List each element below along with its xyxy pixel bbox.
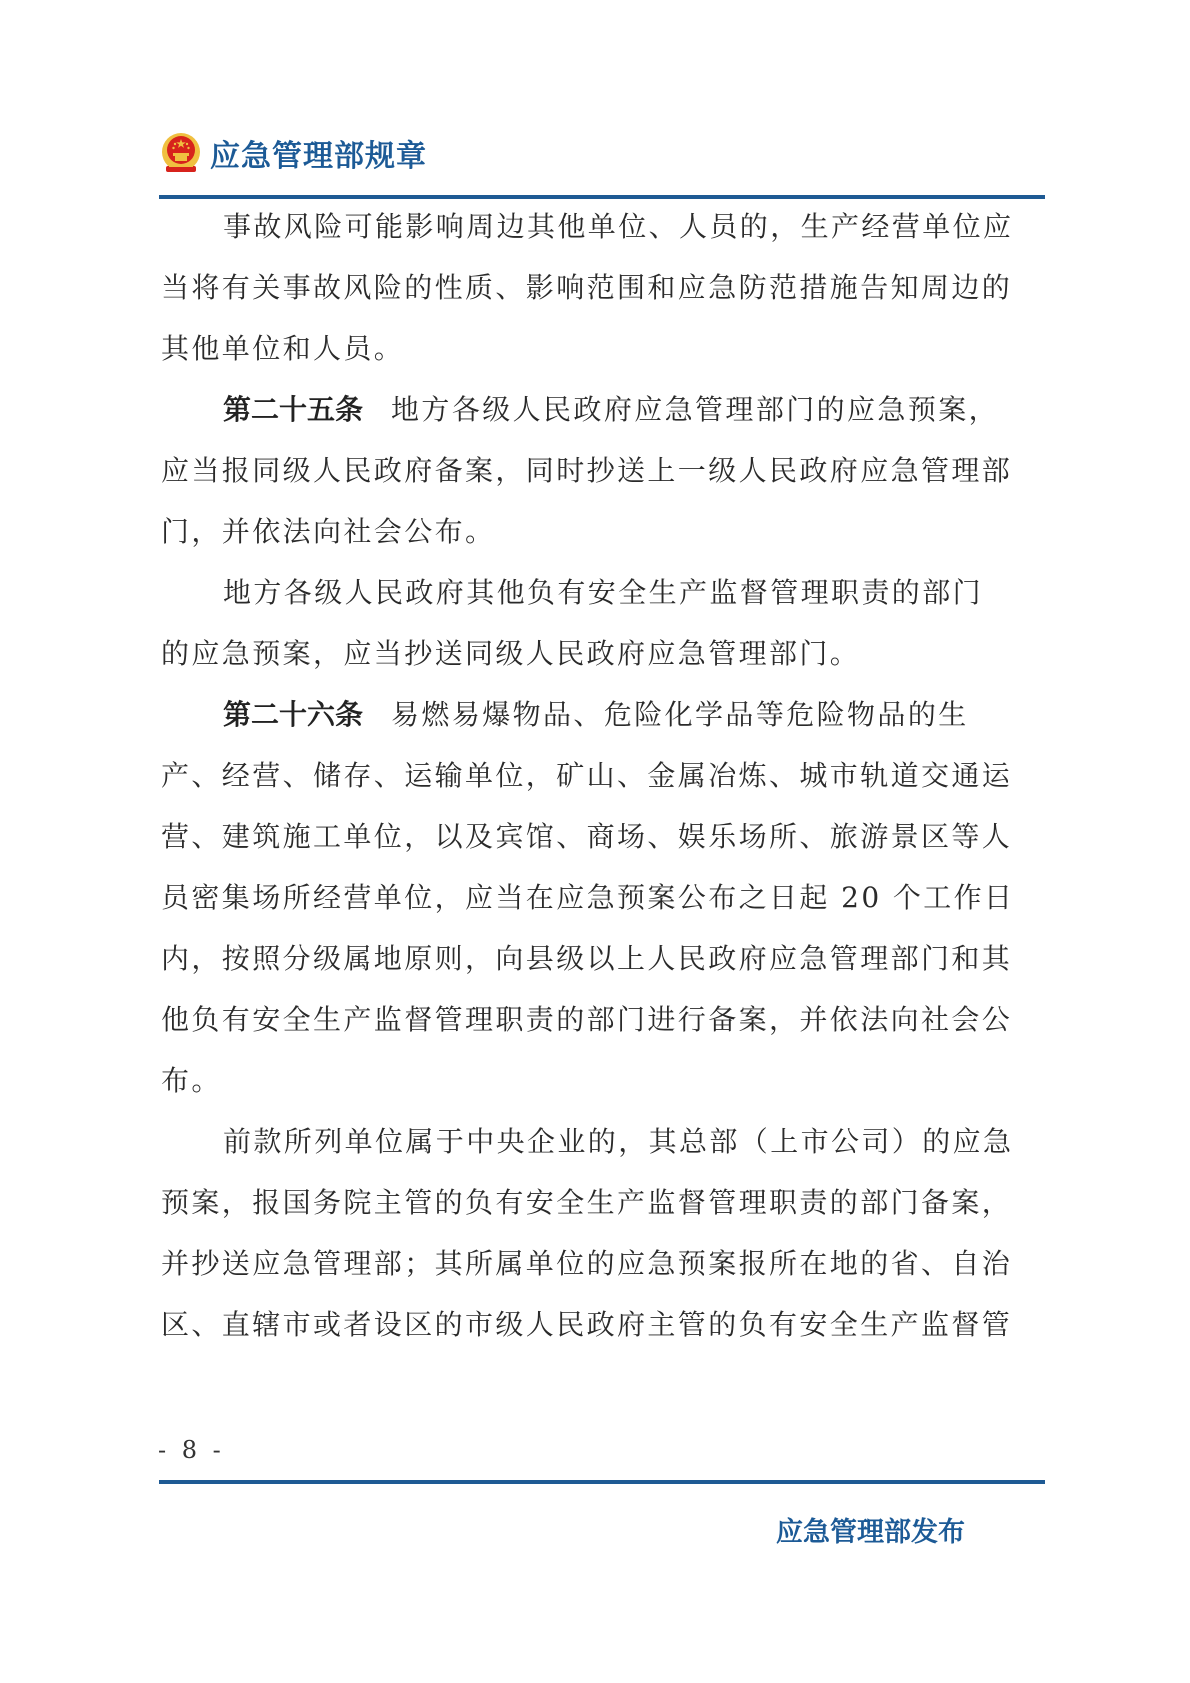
line-text: 产、经营、储存、运输单位，矿山、金属冶炼、城市轨道交通运: [161, 759, 1012, 792]
line-text: 的应急预案，应当抄送同级人民政府应急管理部门。: [161, 637, 860, 670]
text-line: 预案，报国务院主管的负有安全生产监督管理职责的部门备案，: [161, 1178, 1045, 1239]
line-text: 其他单位和人员。: [161, 332, 404, 365]
text-line: 门，并依法向社会公布。: [161, 507, 1045, 568]
line-text: 区、直辖市或者设区的市级人民政府主管的负有安全生产监督管: [161, 1308, 1012, 1341]
text-line: 第二十五条地方各级人民政府应急管理部门的应急预案，: [161, 385, 1045, 446]
line-text: 预案，报国务院主管的负有安全生产监督管理职责的部门备案，: [161, 1186, 1012, 1219]
text-line: 员密集场所经营单位，应当在应急预案公布之日起 20 个工作日: [161, 873, 1045, 934]
page-number: - 8 -: [158, 1436, 225, 1464]
text-line: 地方各级人民政府其他负有安全生产监督管理职责的部门: [161, 568, 1045, 629]
line-text: 布。: [161, 1064, 222, 1097]
national-emblem-icon: [160, 131, 202, 175]
text-line: 区、直辖市或者设区的市级人民政府主管的负有安全生产监督管: [161, 1300, 1045, 1361]
text-line: 应当报同级人民政府备案，同时抄送上一级人民政府应急管理部: [161, 446, 1045, 507]
line-text: 员密集场所经营单位，应当在应急预案公布之日起 20 个工作日: [161, 881, 1014, 914]
line-text: 并抄送应急管理部；其所属单位的应急预案报所在地的省、自治: [161, 1247, 1012, 1280]
text-line: 其他单位和人员。: [161, 324, 1045, 385]
line-text: 他负有安全生产监督管理职责的部门进行备案，并依法向社会公: [161, 1003, 1012, 1036]
text-line: 内，按照分级属地原则，向县级以上人民政府应急管理部门和其: [161, 934, 1045, 995]
text-line: 布。: [161, 1056, 1045, 1117]
text-line: 当将有关事故风险的性质、影响范围和应急防范措施告知周边的: [161, 263, 1045, 324]
line-text: 地方各级人民政府其他负有安全生产监督管理职责的部门: [223, 576, 983, 609]
text-line: 的应急预案，应当抄送同级人民政府应急管理部门。: [161, 629, 1045, 690]
document-body: 事故风险可能影响周边其他单位、人员的，生产经营单位应当将有关事故风险的性质、影响…: [161, 202, 1045, 1361]
publisher-label: 应急管理部发布: [776, 1510, 965, 1549]
line-text: 应当报同级人民政府备案，同时抄送上一级人民政府应急管理部: [161, 454, 1012, 487]
line-text: 地方各级人民政府应急管理部门的应急预案，: [391, 393, 999, 426]
article-number: 第二十六条: [223, 698, 363, 731]
line-text: 当将有关事故风险的性质、影响范围和应急防范措施告知周边的: [161, 271, 1012, 304]
text-line: 前款所列单位属于中央企业的，其总部（上市公司）的应急: [161, 1117, 1045, 1178]
text-line: 并抄送应急管理部；其所属单位的应急预案报所在地的省、自治: [161, 1239, 1045, 1300]
line-text: 易燃易爆物品、危险化学品等危险物品的生: [391, 698, 969, 731]
text-line: 产、经营、储存、运输单位，矿山、金属冶炼、城市轨道交通运: [161, 751, 1045, 812]
text-line: 事故风险可能影响周边其他单位、人员的，生产经营单位应: [161, 202, 1045, 263]
text-line: 第二十六条易燃易爆物品、危险化学品等危险物品的生: [161, 690, 1045, 751]
line-text: 内，按照分级属地原则，向县级以上人民政府应急管理部门和其: [161, 942, 1012, 975]
document-series-title: 应急管理部规章: [210, 131, 427, 175]
article-number: 第二十五条: [223, 393, 363, 426]
page-header: 应急管理部规章: [160, 128, 427, 178]
footer-divider: [159, 1480, 1045, 1484]
line-text: 前款所列单位属于中央企业的，其总部（上市公司）的应急: [223, 1125, 1013, 1158]
text-line: 他负有安全生产监督管理职责的部门进行备案，并依法向社会公: [161, 995, 1045, 1056]
line-text: 事故风险可能影响周边其他单位、人员的，生产经营单位应: [223, 210, 1013, 243]
line-text: 营、建筑施工单位，以及宾馆、商场、娱乐场所、旅游景区等人: [161, 820, 1012, 853]
text-line: 营、建筑施工单位，以及宾馆、商场、娱乐场所、旅游景区等人: [161, 812, 1045, 873]
line-text: 门，并依法向社会公布。: [161, 515, 495, 548]
header-divider: [159, 195, 1045, 199]
